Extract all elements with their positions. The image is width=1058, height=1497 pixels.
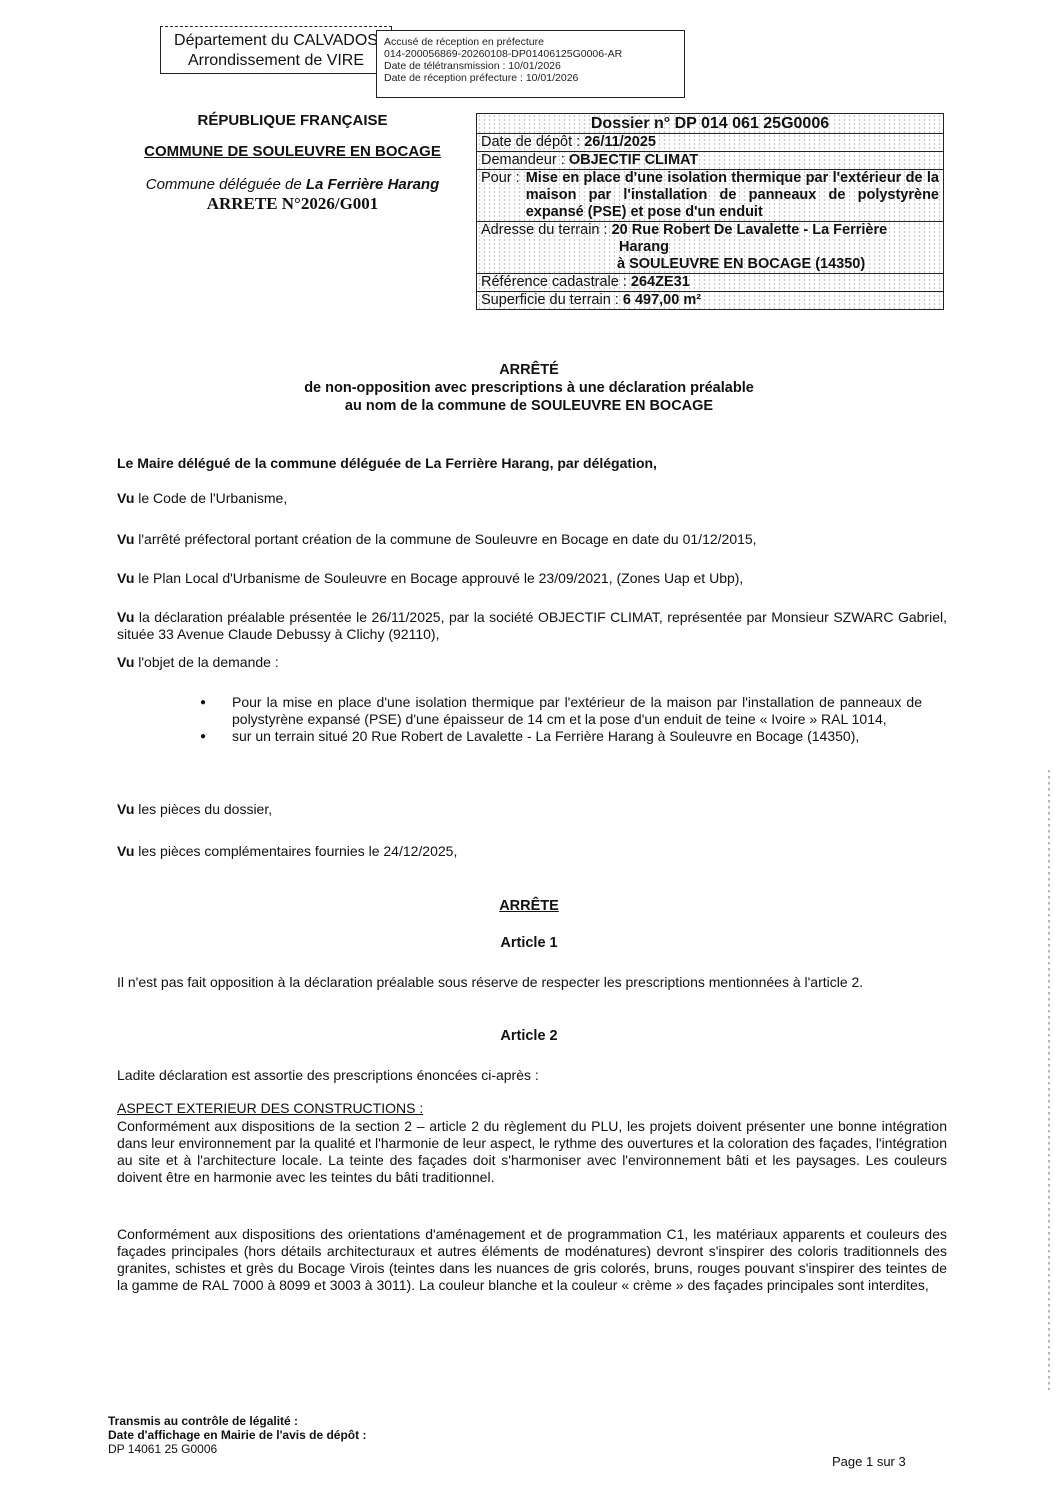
vu-objet-text: l'objet de la demande :	[134, 654, 278, 670]
vu-complementaires-text: les pièces complémentaires fournies le 2…	[134, 843, 457, 859]
title-commune: au nom de la commune de SOULEUVRE EN BOC…	[0, 397, 1058, 415]
vu-arrete-prefectoral: Vu l'arrêté préfectoral portant création…	[117, 531, 947, 548]
vu-code-text: le Code de l'Urbanisme,	[134, 490, 287, 506]
aspect-paragraph-1: Conformément aux dispositions de la sect…	[117, 1118, 947, 1186]
article1-text: Il n'est pas fait opposition à la déclar…	[117, 974, 947, 991]
ar-reference: 014-200056869-20260108-DP01406125G0006-A…	[384, 48, 684, 60]
transmis-controle: Transmis au contrôle de légalité :	[108, 1414, 366, 1428]
adresse-line3: à SOULEUVRE EN BOCAGE (14350)	[481, 256, 939, 273]
vu-pieces-text: les pièces du dossier,	[134, 801, 272, 817]
date-depot-value: 26/11/2025	[584, 134, 656, 150]
vu-code: Vu le Code de l'Urbanisme,	[117, 490, 947, 507]
vu-declaration: Vu la déclaration préalable présentée le…	[117, 609, 947, 643]
date-depot-label: Date de dépôt :	[481, 134, 584, 150]
cadastre-row: Référence cadastrale : 264ZE31	[477, 274, 943, 292]
dossier-number: Dossier n° DP 014 061 25G0006	[477, 114, 943, 134]
vu-label: Vu	[117, 609, 134, 625]
vu-pieces: Vu les pièces du dossier,	[117, 801, 947, 818]
bullet-icon: ●	[200, 694, 206, 711]
title-subtitle: de non-opposition avec prescriptions à u…	[0, 379, 1058, 397]
commune-deleguee: Commune déléguée de La Ferrière Harang	[120, 176, 465, 193]
footer-info: Transmis au contrôle de légalité : Date …	[108, 1414, 366, 1456]
vu-arrete-prefectoral-text: l'arrêté préfectoral portant création de…	[134, 531, 756, 547]
superficie-label: Superficie du terrain :	[481, 292, 623, 308]
pour-row: Pour :Mise en place d'une isolation ther…	[477, 170, 943, 222]
vu-label: Vu	[117, 801, 134, 817]
vu-label: Vu	[117, 570, 134, 586]
date-depot-row: Date de dépôt : 26/11/2025	[477, 134, 943, 152]
vu-objet: Vu l'objet de la demande :	[117, 654, 947, 671]
issuer-header: RÉPUBLIQUE FRANÇAISE COMMUNE DE SOULEUVR…	[120, 110, 465, 214]
cadastre-label: Référence cadastrale :	[481, 274, 631, 290]
vu-declaration-text: la déclaration préalable présentée le 26…	[117, 609, 947, 642]
vu-complementaires: Vu les pièces complémentaires fournies l…	[117, 843, 947, 860]
adresse-row: Adresse du terrain : 20 Rue Robert De La…	[477, 222, 943, 274]
aspect-paragraph-2: Conformément aux dispositions des orient…	[117, 1226, 947, 1294]
demandeur-row: Demandeur : OBJECTIF CLIMAT	[477, 152, 943, 170]
aspect-heading: ASPECT EXTERIEUR DES CONSTRUCTIONS :	[117, 1100, 947, 1117]
article1-heading: Article 1	[0, 935, 1058, 951]
date-affichage: Date d'affichage en Mairie de l'avis de …	[108, 1428, 366, 1442]
title-arrete: ARRÊTÉ	[0, 361, 1058, 379]
scan-artifact	[1048, 770, 1050, 1390]
cadastre-value: 264ZE31	[631, 274, 690, 290]
superficie-row: Superficie du terrain : 6 497,00 m²	[477, 292, 943, 309]
arrete-number: ARRETE N°2026/G001	[120, 194, 465, 214]
article2-intro: Ladite déclaration est assortie des pres…	[117, 1067, 947, 1084]
vu-label: Vu	[117, 654, 134, 670]
adresse-line1: 20 Rue Robert De Lavalette - La Ferrière	[612, 222, 888, 238]
vu-label: Vu	[117, 490, 134, 506]
superficie-value: 6 497,00 m²	[623, 292, 701, 308]
objet-list: ●Pour la mise en place d'une isolation t…	[200, 694, 922, 745]
vu-plu-text: le Plan Local d'Urbanisme de Souleuvre e…	[134, 570, 743, 586]
document-title: ARRÊTÉ de non-opposition avec prescripti…	[0, 361, 1058, 415]
page-number: Page 1 sur 3	[832, 1454, 906, 1469]
vu-plu: Vu le Plan Local d'Urbanisme de Souleuvr…	[117, 570, 947, 587]
ar-teletransmission-date: Date de télétransmission : 10/01/2026	[384, 60, 684, 72]
adresse-label: Adresse du terrain :	[481, 222, 612, 238]
footer-reference: DP 14061 25 G0006	[108, 1442, 366, 1456]
accuse-reception-stamp: Accusé de réception en préfecture 014-20…	[376, 30, 685, 98]
list-item: ●Pour la mise en place d'une isolation t…	[200, 694, 922, 728]
vu-label: Vu	[117, 531, 134, 547]
maire-statement: Le Maire délégué de la commune déléguée …	[117, 455, 947, 472]
vu-label: Vu	[117, 843, 134, 859]
list-item-text: sur un terrain situé 20 Rue Robert de La…	[232, 728, 859, 744]
adresse-line2: Harang	[481, 239, 939, 256]
demandeur-value: OBJECTIF CLIMAT	[569, 152, 698, 168]
department-line: Département du CALVADOS	[161, 31, 391, 51]
arrete-heading: ARRÊTE	[0, 898, 1058, 914]
pour-label: Pour :	[481, 170, 520, 221]
department-stamp: Département du CALVADOS Arrondissement d…	[160, 26, 392, 74]
arrondissement-line: Arrondissement de VIRE	[161, 51, 391, 71]
deleguee-prefix: Commune déléguée de	[146, 176, 306, 193]
article2-heading: Article 2	[0, 1028, 1058, 1044]
demandeur-label: Demandeur :	[481, 152, 569, 168]
list-item-text: Pour la mise en place d'une isolation th…	[232, 694, 922, 727]
ar-title: Accusé de réception en préfecture	[384, 36, 684, 48]
republique-heading: RÉPUBLIQUE FRANÇAISE	[120, 112, 465, 129]
deleguee-name: La Ferrière Harang	[306, 176, 439, 193]
pour-value: Mise en place d'une isolation thermique …	[526, 170, 939, 221]
bullet-icon: ●	[200, 728, 206, 745]
list-item: ●sur un terrain situé 20 Rue Robert de L…	[200, 728, 922, 745]
ar-reception-date: Date de réception préfecture : 10/01/202…	[384, 72, 684, 84]
dossier-table: Dossier n° DP 014 061 25G0006 Date de dé…	[476, 113, 944, 310]
commune-heading: COMMUNE DE SOULEUVRE EN BOCAGE	[120, 143, 465, 160]
